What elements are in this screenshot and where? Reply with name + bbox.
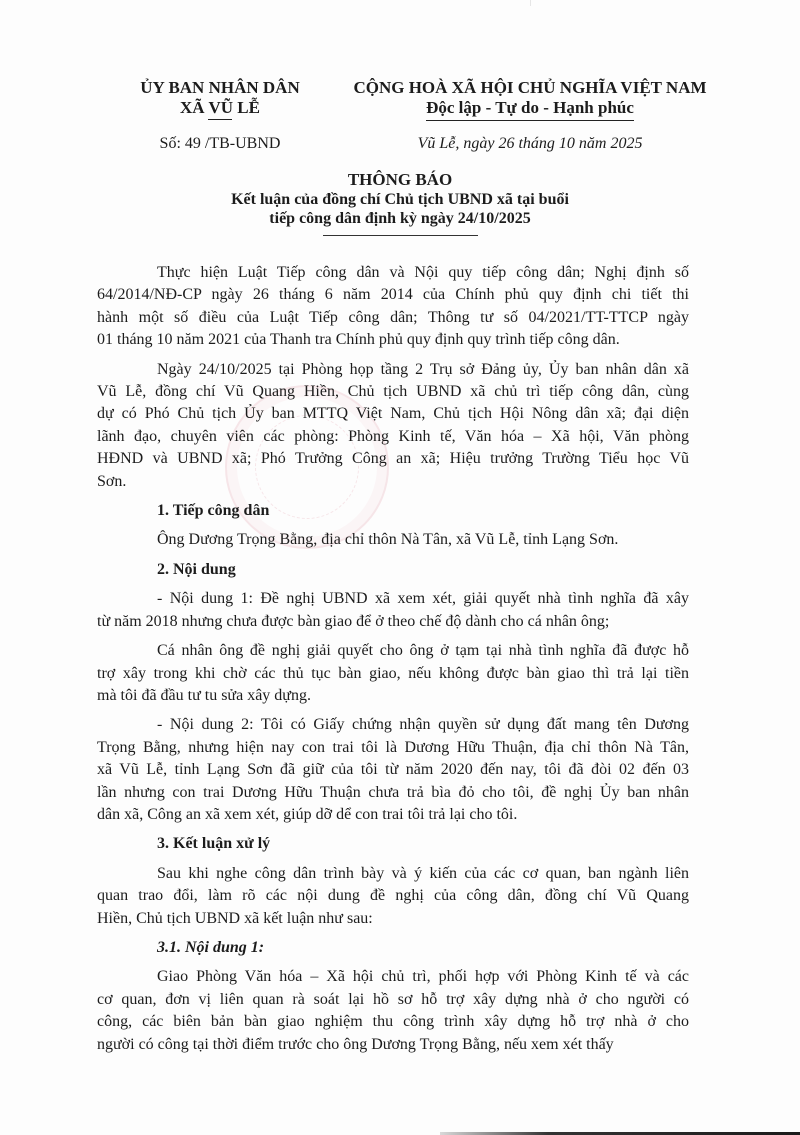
section-3-1-paragraph: Giao Phòng Văn hóa – Xã hội chủ trì, phố…	[97, 966, 689, 1056]
text-line: quan trao đổi, làm rõ các nội dung đề ng…	[97, 885, 689, 907]
place-and-date: Vũ Lễ, ngày 26 tháng 10 năm 2025	[345, 135, 715, 153]
section-1-citizen: Ông Dương Trọng Bằng, địa chỉ thôn Nà Tâ…	[97, 529, 689, 551]
document-page: ỦY BAN NHÂN DÂN XÃ VŨ LỄ Số: 49 /TB-UBND…	[0, 0, 800, 1135]
nation-name: CỘNG HOÀ XÃ HỘI CHỦ NGHĨA VIỆT NAM	[345, 78, 715, 98]
section-3-paragraph: Sau khi nghe công dân trình bày và ý kiế…	[97, 863, 689, 930]
underline-divider	[426, 120, 634, 121]
text-line: công, các biên bản bàn giao nghiệm thu c…	[97, 1011, 689, 1033]
intro-paragraph-legal-basis: Thực hiện Luật Tiếp công dân và Nội quy …	[97, 262, 689, 352]
section-3-1-heading: 3.1. Nội dung 1:	[97, 937, 689, 959]
national-header-block: CỘNG HOÀ XÃ HỘI CHỦ NGHĨA VIỆT NAM Độc l…	[345, 78, 715, 153]
content-2-paragraph: - Nội dung 2: Tôi có Giấy chứng nhận quy…	[97, 714, 689, 826]
text-line: cơ quan, đơn vị liên quan rà soát lại hồ…	[97, 989, 689, 1011]
content-1-paragraph: - Nội dung 1: Đề nghị UBND xã xem xét, g…	[97, 588, 689, 633]
text-line: - Nội dung 1: Đề nghị UBND xã xem xét, g…	[97, 588, 689, 610]
agency-name: ỦY BAN NHÂN DÂN	[125, 78, 315, 98]
text-line: từ năm 2018 nhưng chưa được bàn giao để …	[97, 611, 689, 633]
text-line: Trọng Bằng, nhưng hiện nay con trai tôi …	[97, 737, 689, 759]
text-line: Ngày 24/10/2025 tại Phòng họp tầng 2 Trụ…	[97, 359, 689, 381]
text-line: - Nội dung 2: Tôi có Giấy chứng nhận quy…	[97, 714, 689, 736]
text-line: Sau khi nghe công dân trình bày và ý kiế…	[97, 863, 689, 885]
text-line: Cá nhân ông đề nghị giải quyết cho ông ở…	[97, 640, 689, 662]
text-line: xã Vũ Lễ, tỉnh Lạng Sơn đã giữ của tôi t…	[97, 759, 689, 781]
scan-artifact	[380, 0, 531, 6]
text-line: dân xã, Công an xã xem xét, giúp dỡ dể c…	[97, 804, 689, 826]
agency-commune: XÃ VŨ LỄ	[180, 98, 260, 118]
intro-paragraph-meeting: Ngày 24/10/2025 tại Phòng họp tầng 2 Trụ…	[97, 359, 689, 493]
text-line: lãnh đạo, chuyên viên các phòng: Phòng K…	[97, 426, 689, 448]
agency-commune-text: XÃ VŨ LỄ	[180, 98, 260, 117]
section-2-heading: 2. Nội dung	[97, 559, 689, 581]
text-line: Sơn.	[97, 471, 689, 493]
text-line: lần nhưng con trai Dương Hữu Thuận chưa …	[97, 782, 689, 804]
document-subtitle-line-1: Kết luận của đồng chí Chủ tịch UBND xã t…	[150, 190, 650, 209]
text-line: 64/2014/NĐ-CP ngày 26 tháng 6 năm 2014 c…	[97, 284, 689, 306]
document-number: Số: 49 /TB-UBND	[125, 135, 315, 153]
text-line: hành một số điều của Luật Tiếp công dân;…	[97, 307, 689, 329]
text-line: dự có Phó Chủ tịch Ủy ban MTTQ Việt Nam,…	[97, 403, 689, 425]
text-line: Hiền, Chủ tịch UBND xã kết luận như sau:	[97, 908, 689, 930]
text-line: mà tôi đã đầu tư tu sửa xây dựng.	[97, 685, 689, 707]
text-line: Vũ Lễ, đồng chí Vũ Quang Hiền, Chủ tịch …	[97, 381, 689, 403]
document-title-block: THÔNG BÁO Kết luận của đồng chí Chủ tịch…	[150, 170, 650, 236]
title-divider	[323, 235, 478, 236]
text-line: Giao Phòng Văn hóa – Xã hội chủ trì, phố…	[97, 966, 689, 988]
issuing-agency-block: ỦY BAN NHÂN DÂN XÃ VŨ LỄ Số: 49 /TB-UBND	[125, 78, 315, 153]
section-1-heading: 1. Tiếp công dân	[97, 500, 689, 522]
text-line: HĐND và UBND xã; Phó Trưởng Công an xã; …	[97, 448, 689, 470]
document-body: Thực hiện Luật Tiếp công dân và Nội quy …	[97, 262, 689, 1063]
national-motto: Độc lập - Tự do - Hạnh phúc	[426, 98, 634, 118]
text-line: 01 tháng 10 năm 2021 của Thanh tra Chính…	[97, 329, 689, 351]
document-subtitle-line-2: tiếp công dân định kỳ ngày 24/10/2025	[150, 209, 650, 228]
national-motto-text: Độc lập - Tự do - Hạnh phúc	[426, 98, 634, 117]
text-line: trợ xây trong khi chờ các thủ tục bàn gi…	[97, 663, 689, 685]
section-3-heading: 3. Kết luận xử lý	[97, 833, 689, 855]
content-1-detail-paragraph: Cá nhân ông đề nghị giải quyết cho ông ở…	[97, 640, 689, 707]
document-title: THÔNG BÁO	[150, 170, 650, 190]
text-line: người có công tại thời điểm trước cho ôn…	[97, 1034, 689, 1056]
underline-divider	[208, 119, 232, 120]
text-line: Thực hiện Luật Tiếp công dân và Nội quy …	[97, 262, 689, 284]
